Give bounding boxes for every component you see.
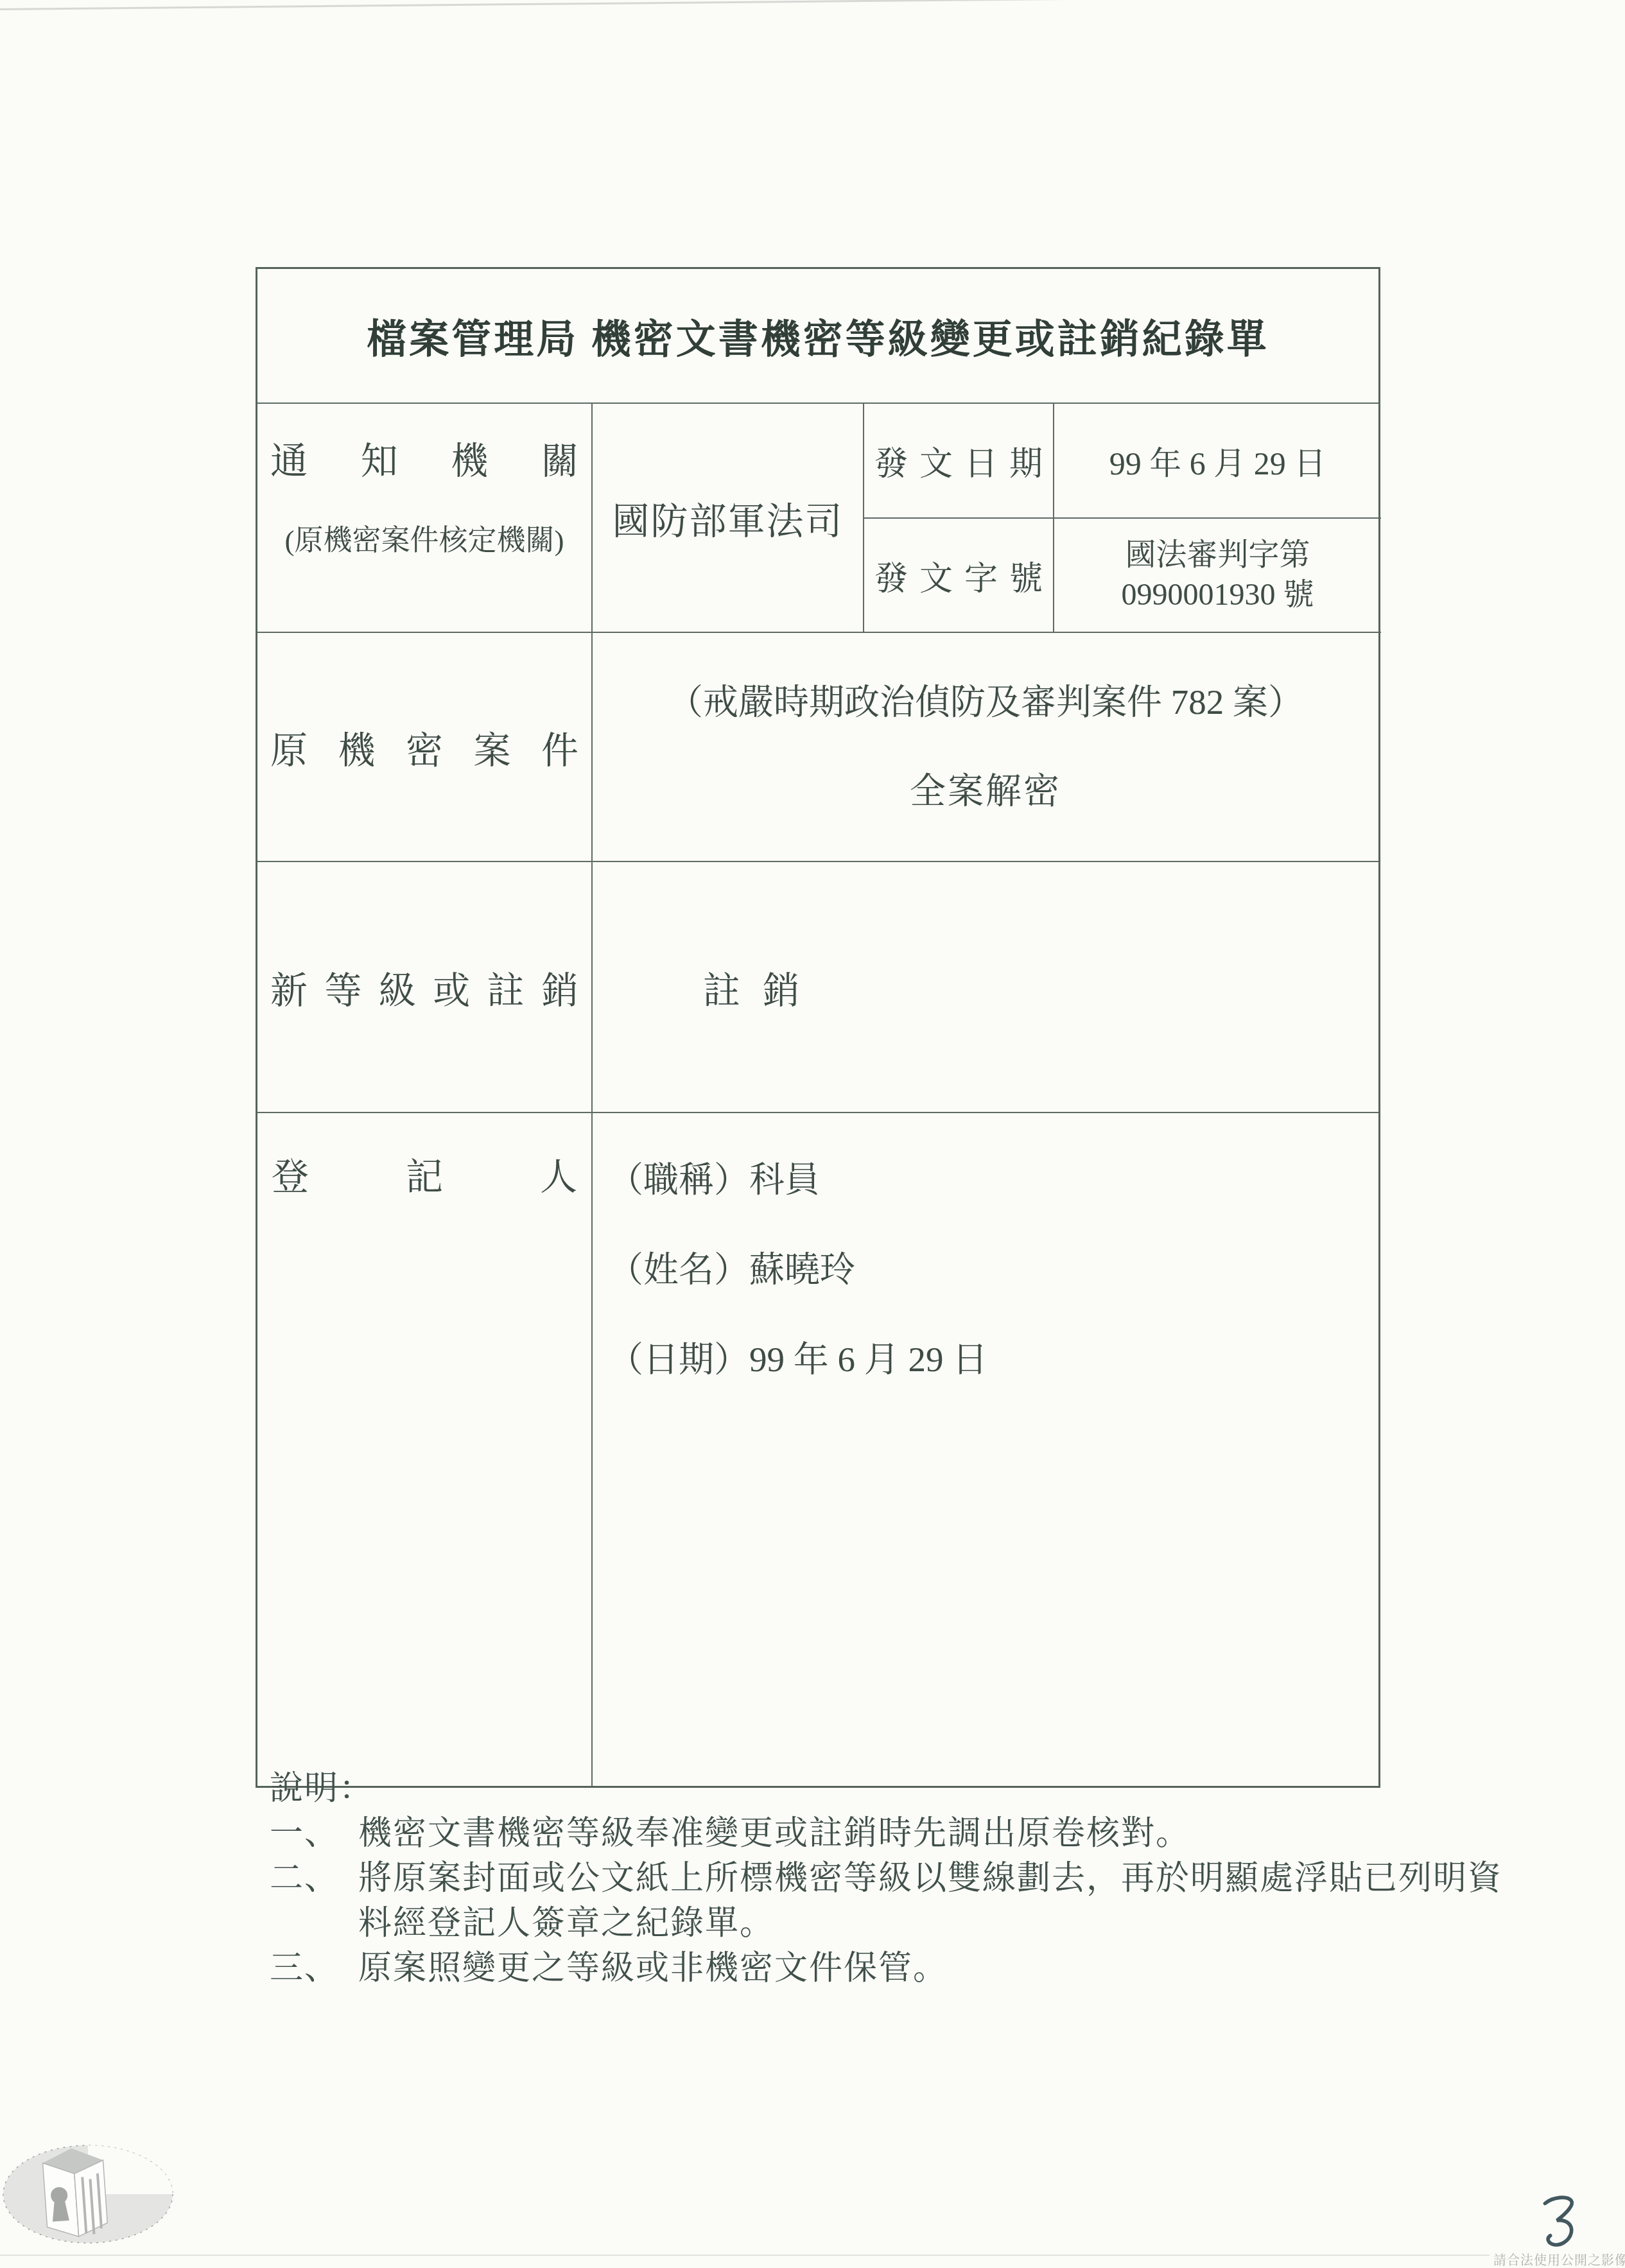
form-title-cell: 檔案管理局 機密文書機密等級變更或註銷紀錄單 bbox=[257, 269, 1378, 404]
notes-section: 說明： 一、 機密文書機密等級奉准變更或註銷時先調出原卷核對。 二、 將原案封面… bbox=[270, 1767, 1400, 1991]
note-item-3-number: 三、 bbox=[270, 1946, 358, 1991]
issue-date-value-cell: 99 年 6 月 29 日 bbox=[1054, 404, 1381, 519]
note-item-3: 三、 原案照變更之等級或非機密文件保管。 bbox=[270, 1946, 1400, 1991]
notify-agency-value-cell: 國防部軍法司 bbox=[593, 404, 864, 633]
issue-date-label-cell: 發文日期 bbox=[864, 404, 1054, 519]
new-level-value-cell: 註 銷 bbox=[593, 862, 1378, 1113]
note-item-1-text: 機密文書機密等級奉准變更或註銷時先調出原卷核對。 bbox=[358, 1812, 1190, 1857]
original-case-value-line2: 全案解密 bbox=[910, 771, 1061, 812]
note-item-2-text-line2: 料經登記人簽章之紀錄單。 bbox=[358, 1901, 1502, 1946]
note-item-2-text-line1: 將原案封面或公文紙上所標機密等級以雙線劃去，再於明顯處浮貼已列明資 bbox=[358, 1857, 1502, 1901]
archives-logo-watermark bbox=[3, 2133, 182, 2247]
original-case-value-line1: （戒嚴時期政治偵防及審判案件 782 案） bbox=[668, 682, 1303, 723]
issue-number-value-line2: 0990001930 號 bbox=[1121, 575, 1314, 615]
record-form-table: 檔案管理局 機密文書機密等級變更或註銷紀錄單 通知機關 (原機密案件核定機關) … bbox=[256, 267, 1380, 1788]
scanned-document-page: 檔案管理局 機密文書機密等級變更或註銷紀錄單 通知機關 (原機密案件核定機關) … bbox=[0, 0, 1625, 2268]
notify-agency-label: 通知機關 bbox=[270, 431, 578, 485]
new-level-label: 新等級或註銷 bbox=[270, 960, 578, 1014]
registrar-label: 登記人 bbox=[272, 1147, 577, 1200]
issue-number-value-cell: 國法審判字第 0990001930 號 bbox=[1054, 519, 1381, 633]
issue-date-value: 99 年 6 月 29 日 bbox=[1109, 438, 1326, 484]
note-item-1-number: 一、 bbox=[270, 1812, 358, 1857]
registrar-date-line: （日期）99 年 6 月 29 日 bbox=[608, 1339, 1378, 1380]
issue-date-label: 發文日期 bbox=[874, 437, 1043, 485]
paper-top-edge bbox=[0, 0, 1625, 10]
original-case-label-cell: 原機密案件 bbox=[257, 633, 593, 862]
note-item-2-number: 二、 bbox=[270, 1857, 358, 1901]
issue-number-label-cell: 發文字號 bbox=[864, 519, 1054, 633]
new-level-label-cell: 新等級或註銷 bbox=[257, 862, 593, 1113]
notify-agency-label-cell: 通知機關 (原機密案件核定機關) bbox=[257, 404, 593, 633]
form-title-text: 檔案管理局 機密文書機密等級變更或註銷紀錄單 bbox=[367, 318, 1269, 362]
paper-bottom-edge bbox=[0, 2255, 1490, 2256]
notify-agency-label-note: (原機密案件核定機關) bbox=[270, 517, 578, 558]
note-item-3-text: 原案照變更之等級或非機密文件保管。 bbox=[358, 1946, 948, 1991]
watermark-text: 請合法使用公開之影像 bbox=[1493, 2250, 1625, 2268]
registrar-title-line: （職稱）科員 bbox=[608, 1159, 1378, 1200]
original-case-label: 原機密案件 bbox=[270, 720, 578, 774]
notes-heading: 說明： bbox=[270, 1767, 1400, 1812]
new-level-value: 註 銷 bbox=[593, 960, 806, 1014]
registrar-name-line: （姓名）蘇曉玲 bbox=[608, 1249, 1378, 1290]
notify-agency-value: 國防部軍法司 bbox=[612, 491, 843, 545]
registrar-label-cell: 登記人 bbox=[257, 1113, 593, 1786]
issue-number-label: 發文字號 bbox=[874, 551, 1043, 600]
issue-number-value-line1: 國法審判字第 bbox=[1125, 535, 1310, 575]
original-case-value-cell: （戒嚴時期政治偵防及審判案件 782 案） 全案解密 bbox=[593, 633, 1378, 862]
form-title: 檔案管理局 機密文書機密等級變更或註銷紀錄單 bbox=[367, 307, 1269, 365]
note-item-2: 二、 將原案封面或公文紙上所標機密等級以雙線劃去，再於明顯處浮貼已列明資 料經登… bbox=[270, 1857, 1400, 1946]
handwritten-page-number: 3 bbox=[1541, 2194, 1578, 2249]
note-item-1: 一、 機密文書機密等級奉准變更或註銷時先調出原卷核對。 bbox=[270, 1812, 1400, 1857]
registrar-value-cell: （職稱）科員 （姓名）蘇曉玲 （日期）99 年 6 月 29 日 bbox=[593, 1113, 1378, 1786]
